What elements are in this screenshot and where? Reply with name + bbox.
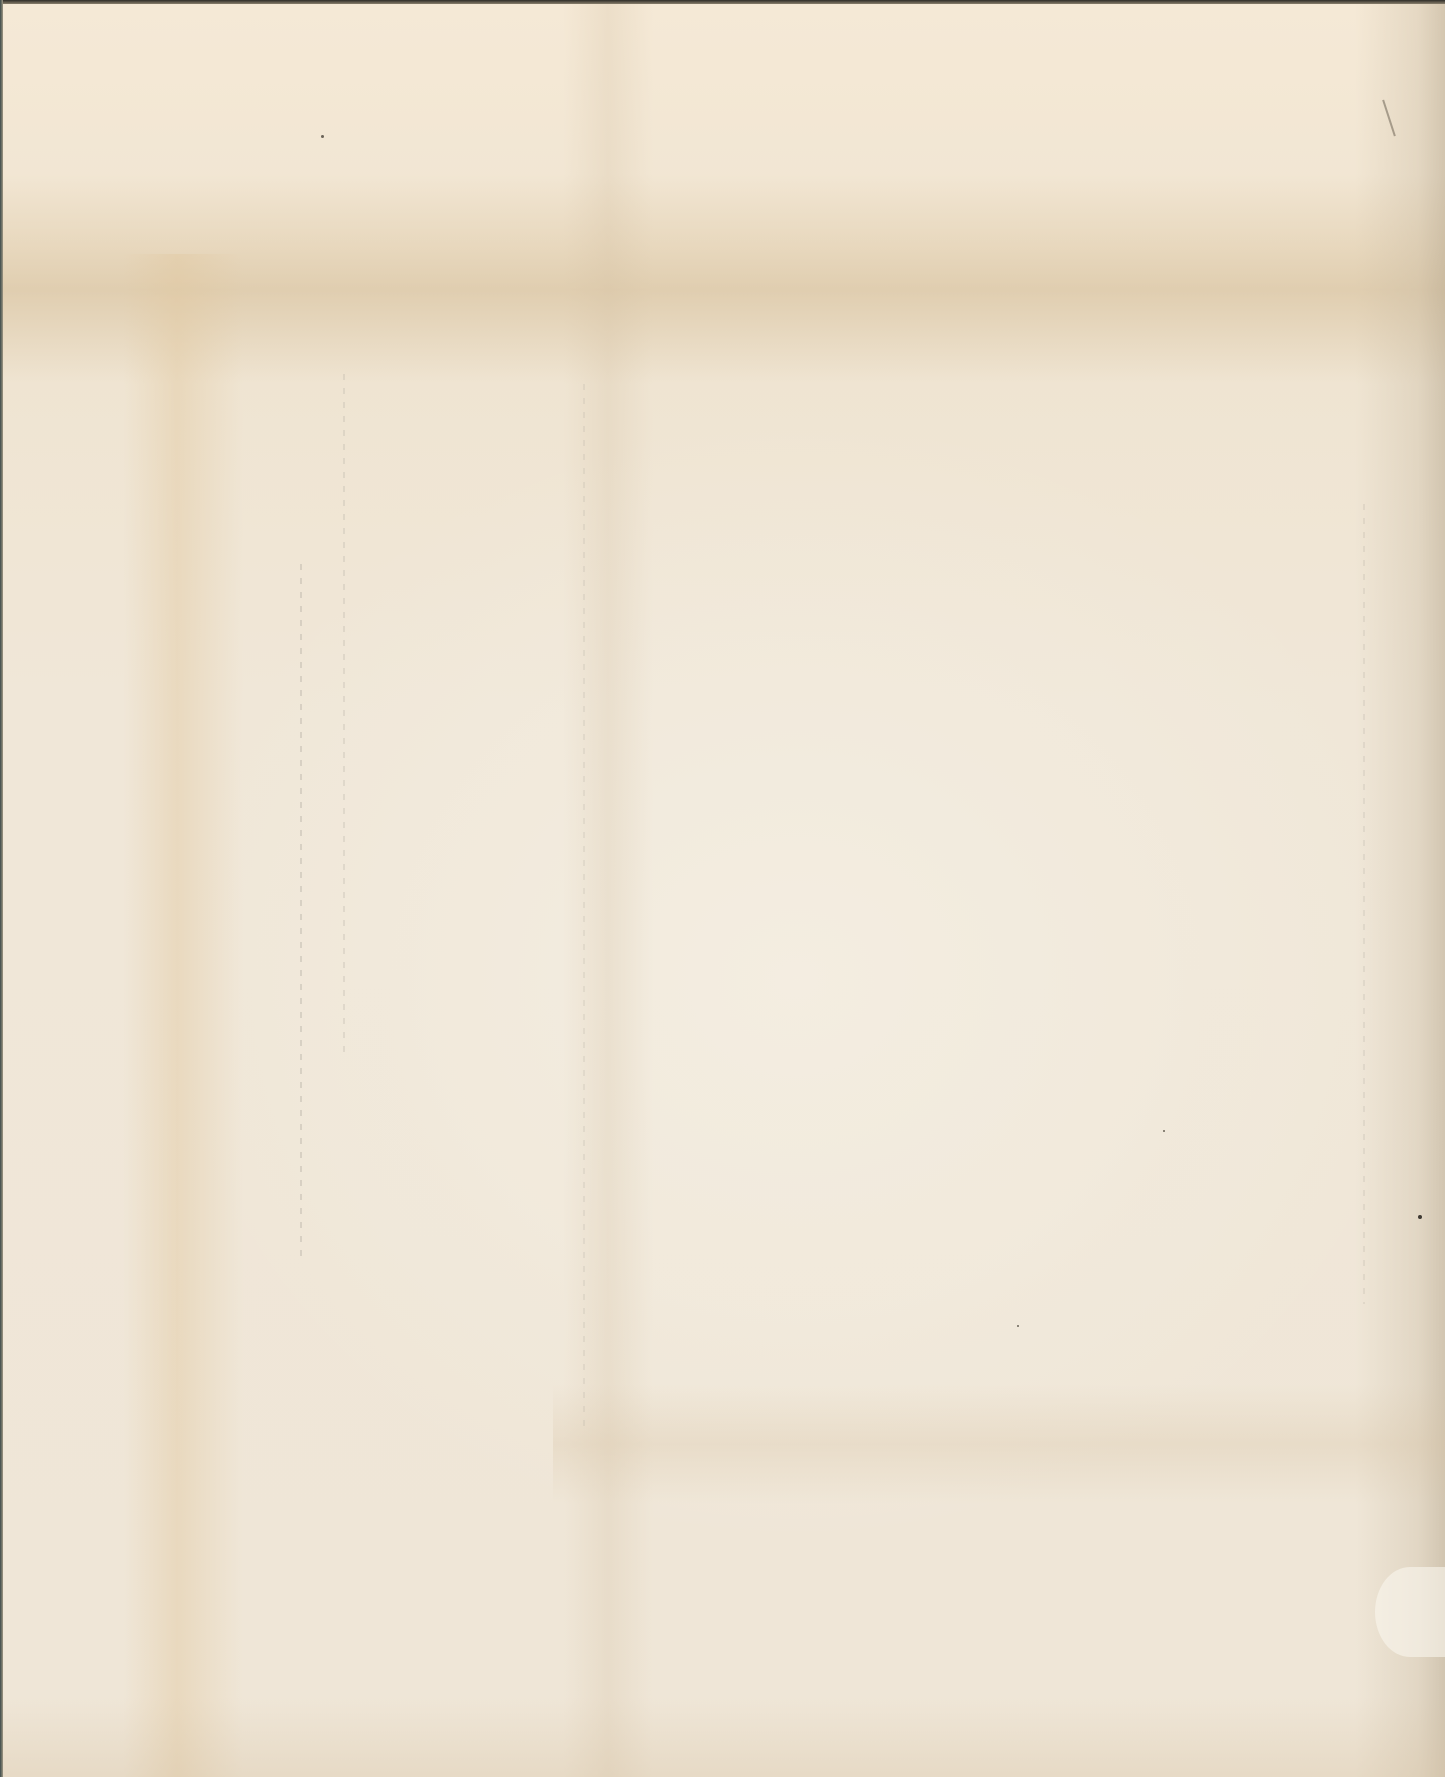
scan-edge-left [0,0,3,1777]
dust-speck [321,135,324,138]
dust-speck [1017,1325,1019,1327]
shading-bottom-edge [3,1697,1445,1777]
dust-speck [1163,1130,1165,1132]
stain-band-left [123,254,243,1777]
blank-paper-sheet [3,4,1445,1777]
scan-edge-top [0,0,1445,4]
ghost-line [300,564,302,1264]
light-patch [1375,1567,1445,1657]
ghost-line [1363,504,1365,1304]
shading-right-edge [1355,4,1445,1777]
ghost-line [583,384,585,1434]
fold-line-vertical [563,4,653,1777]
dust-speck [1418,1215,1422,1219]
scanned-page [0,0,1445,1777]
ghost-line [343,374,345,1054]
stain-band-lower [553,1384,1445,1504]
